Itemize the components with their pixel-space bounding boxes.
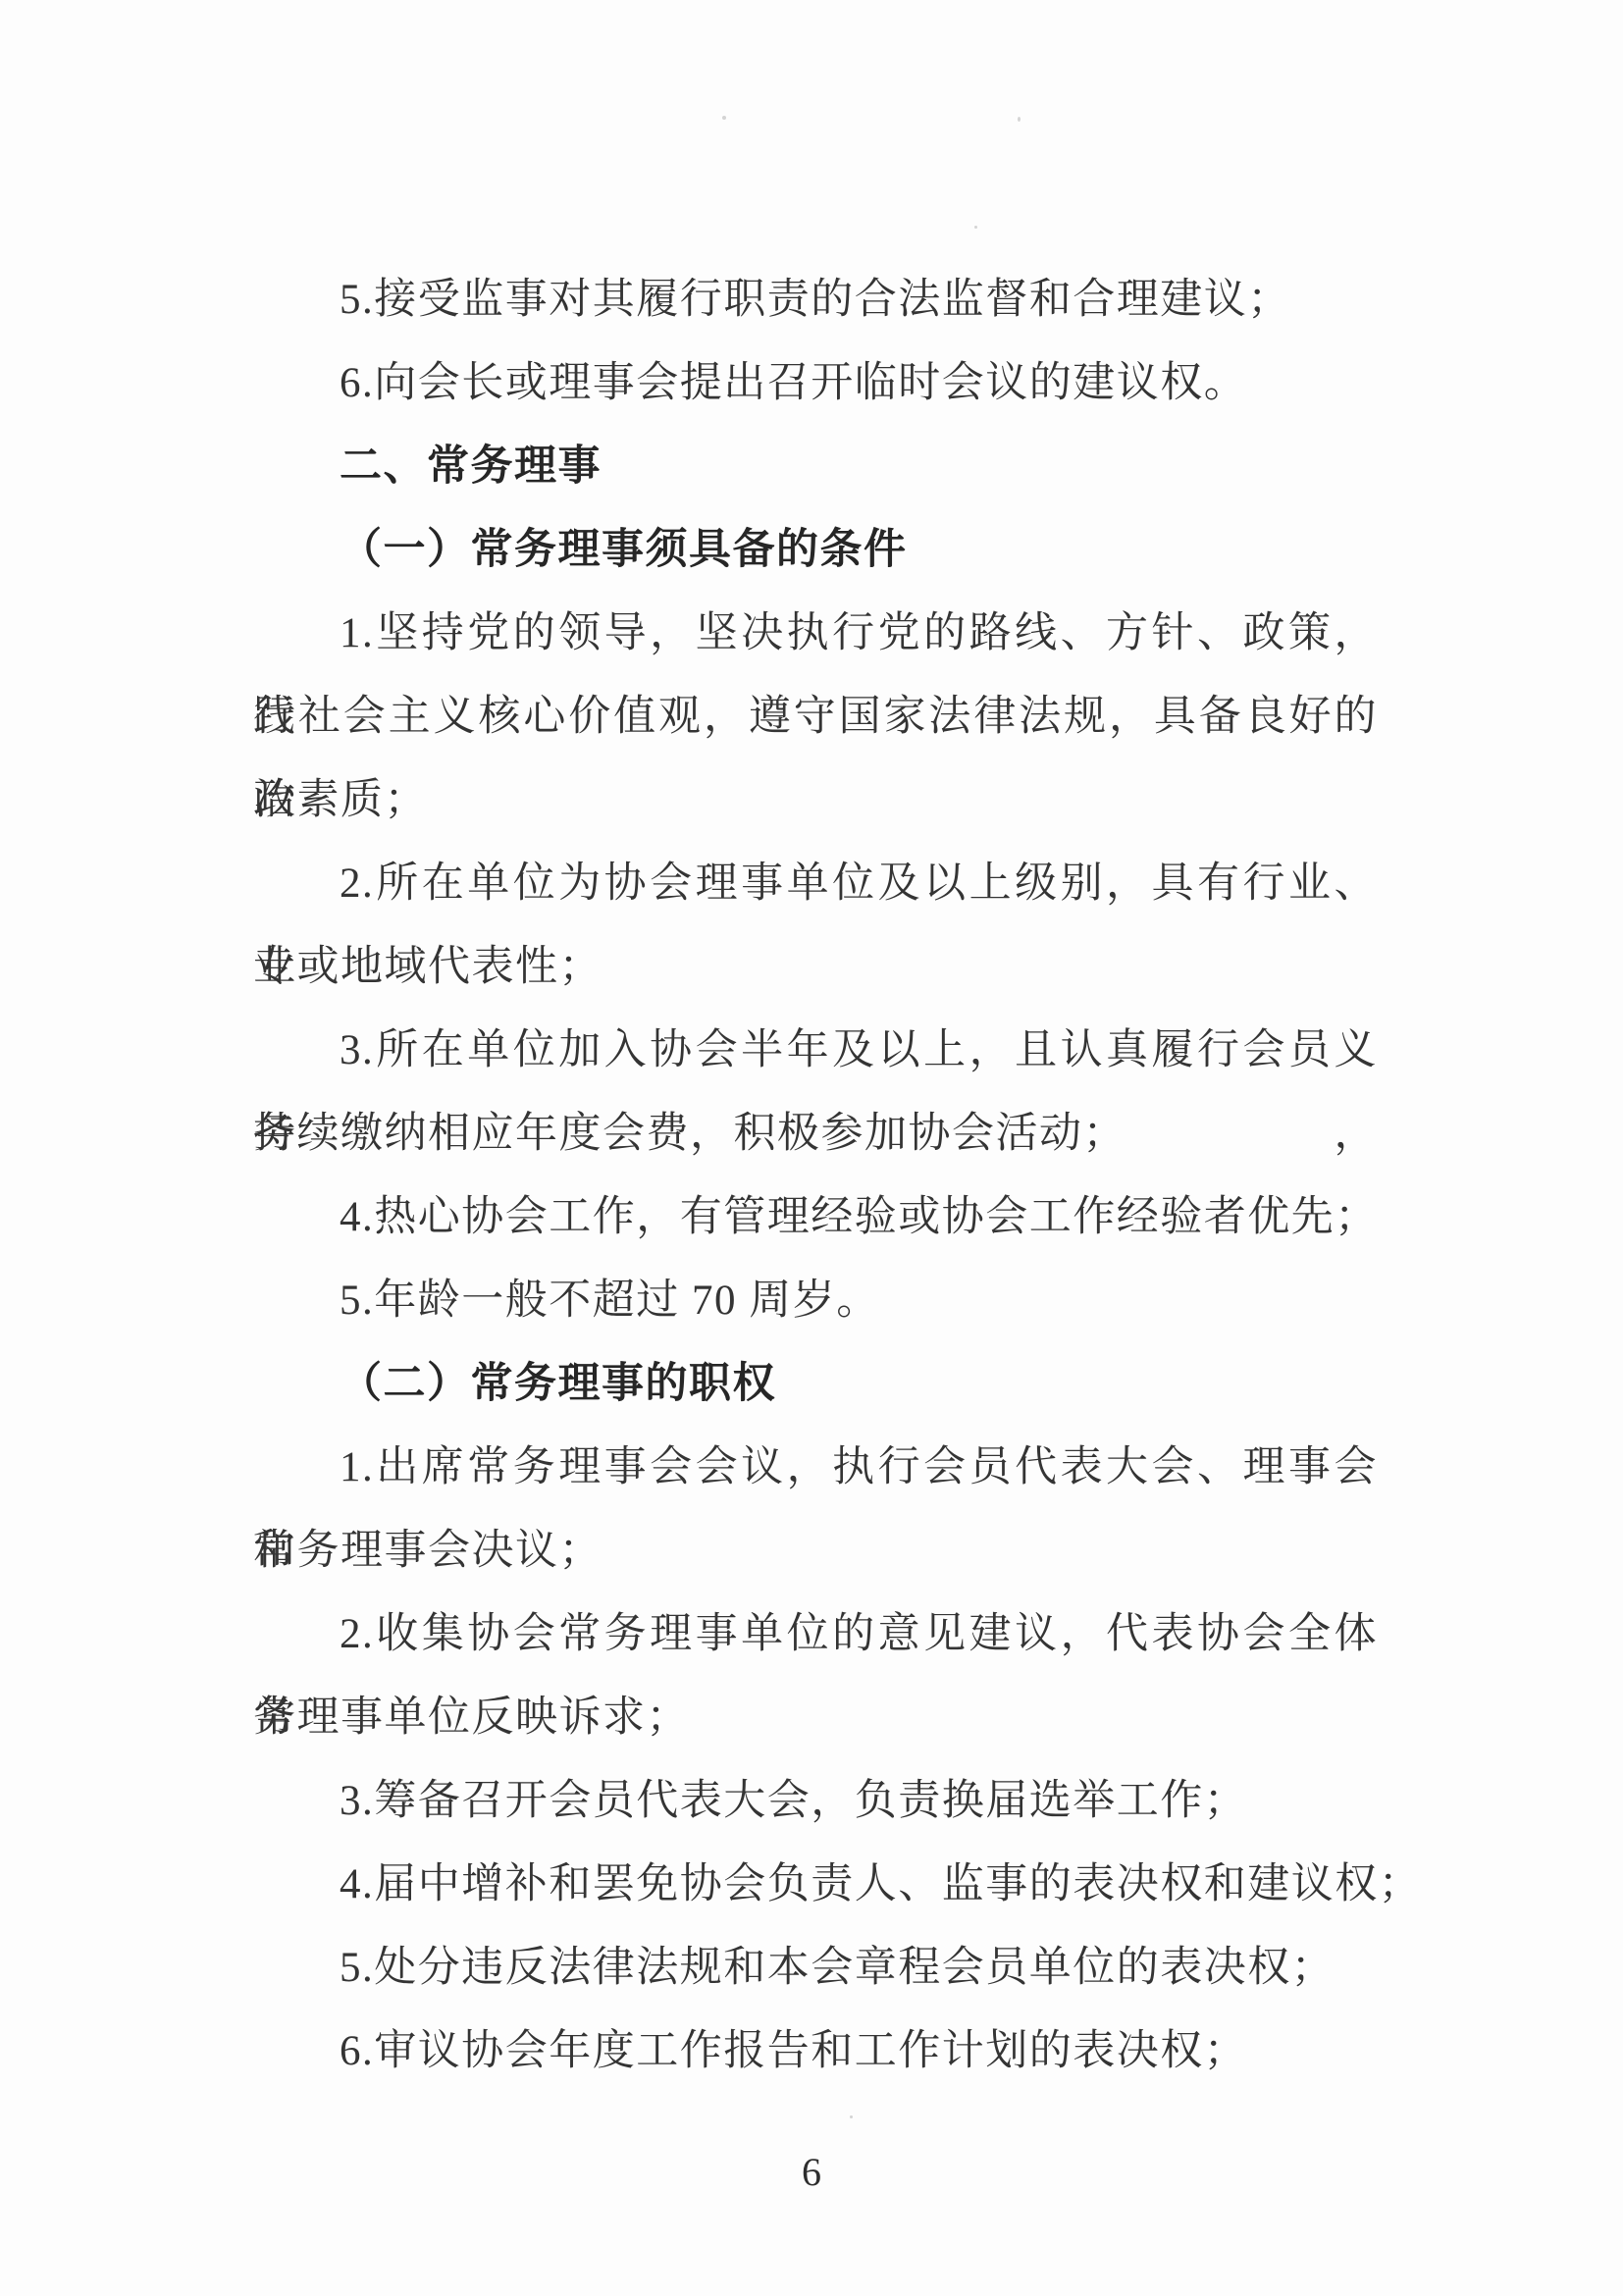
text-line: 3.筹备召开会员代表大会，负责换届选举工作； bbox=[253, 1759, 1378, 1843]
text-line: 6.向会长或理事会提出召开临时会议的建议权。 bbox=[253, 341, 1378, 425]
text-line: 5.年龄一般不超过 70 周岁。 bbox=[253, 1259, 1378, 1342]
text-line: 4.届中增补和罢免协会负责人、监事的表决权和建议权； bbox=[253, 1843, 1378, 1926]
scan-artifact bbox=[850, 2115, 853, 2118]
text-line: 常务理事会决议； bbox=[253, 1509, 1378, 1592]
text-line: 行社会主义核心价值观，遵守国家法律法规，具备良好的政 bbox=[253, 675, 1378, 758]
text-line: 业或地域代表性； bbox=[253, 925, 1378, 1009]
text-line: 6.审议协会年度工作报告和工作计划的表决权； bbox=[253, 2009, 1378, 2093]
text-line: 4.热心协会工作，有管理经验或协会工作经验者优先； bbox=[253, 1175, 1378, 1259]
document-body: 5.接受监事对其履行职责的合法监督和合理建议； 6.向会长或理事会提出召开临时会… bbox=[253, 258, 1378, 2093]
scan-artifact bbox=[722, 116, 726, 120]
text-line: 1.出席常务理事会会议，执行会员代表大会、理事会和 bbox=[253, 1426, 1378, 1509]
text-line: 5.接受监事对其履行职责的合法监督和合理建议； bbox=[253, 258, 1378, 341]
text-line: 5.处分违反法律法规和本会章程会员单位的表决权； bbox=[253, 1926, 1378, 2009]
text-line: 2.收集协会常务理事单位的意见建议，代表协会全体常 bbox=[253, 1592, 1378, 1676]
page-number: 6 bbox=[0, 2137, 1623, 2208]
text-line: 治素质； bbox=[253, 758, 1378, 842]
scan-artifact bbox=[974, 226, 977, 229]
text-line: 务理事单位反映诉求； bbox=[253, 1676, 1378, 1759]
subsection-heading: （一）常务理事须具备的条件 bbox=[253, 508, 1378, 592]
section-heading: 二、常务理事 bbox=[253, 425, 1378, 508]
subsection-heading: （二）常务理事的职权 bbox=[253, 1342, 1378, 1426]
text-line: 1.坚持党的领导，坚决执行党的路线、方针、政策，践 bbox=[253, 592, 1378, 675]
scan-artifact bbox=[1018, 117, 1021, 122]
text-line: 3.所在单位加入协会半年及以上，且认真履行会员义务， bbox=[253, 1009, 1378, 1092]
document-page: 5.接受监事对其履行职责的合法监督和合理建议； 6.向会长或理事会提出召开临时会… bbox=[0, 0, 1623, 2296]
text-line: 2.所在单位为协会理事单位及以上级别，具有行业、专 bbox=[253, 842, 1378, 925]
